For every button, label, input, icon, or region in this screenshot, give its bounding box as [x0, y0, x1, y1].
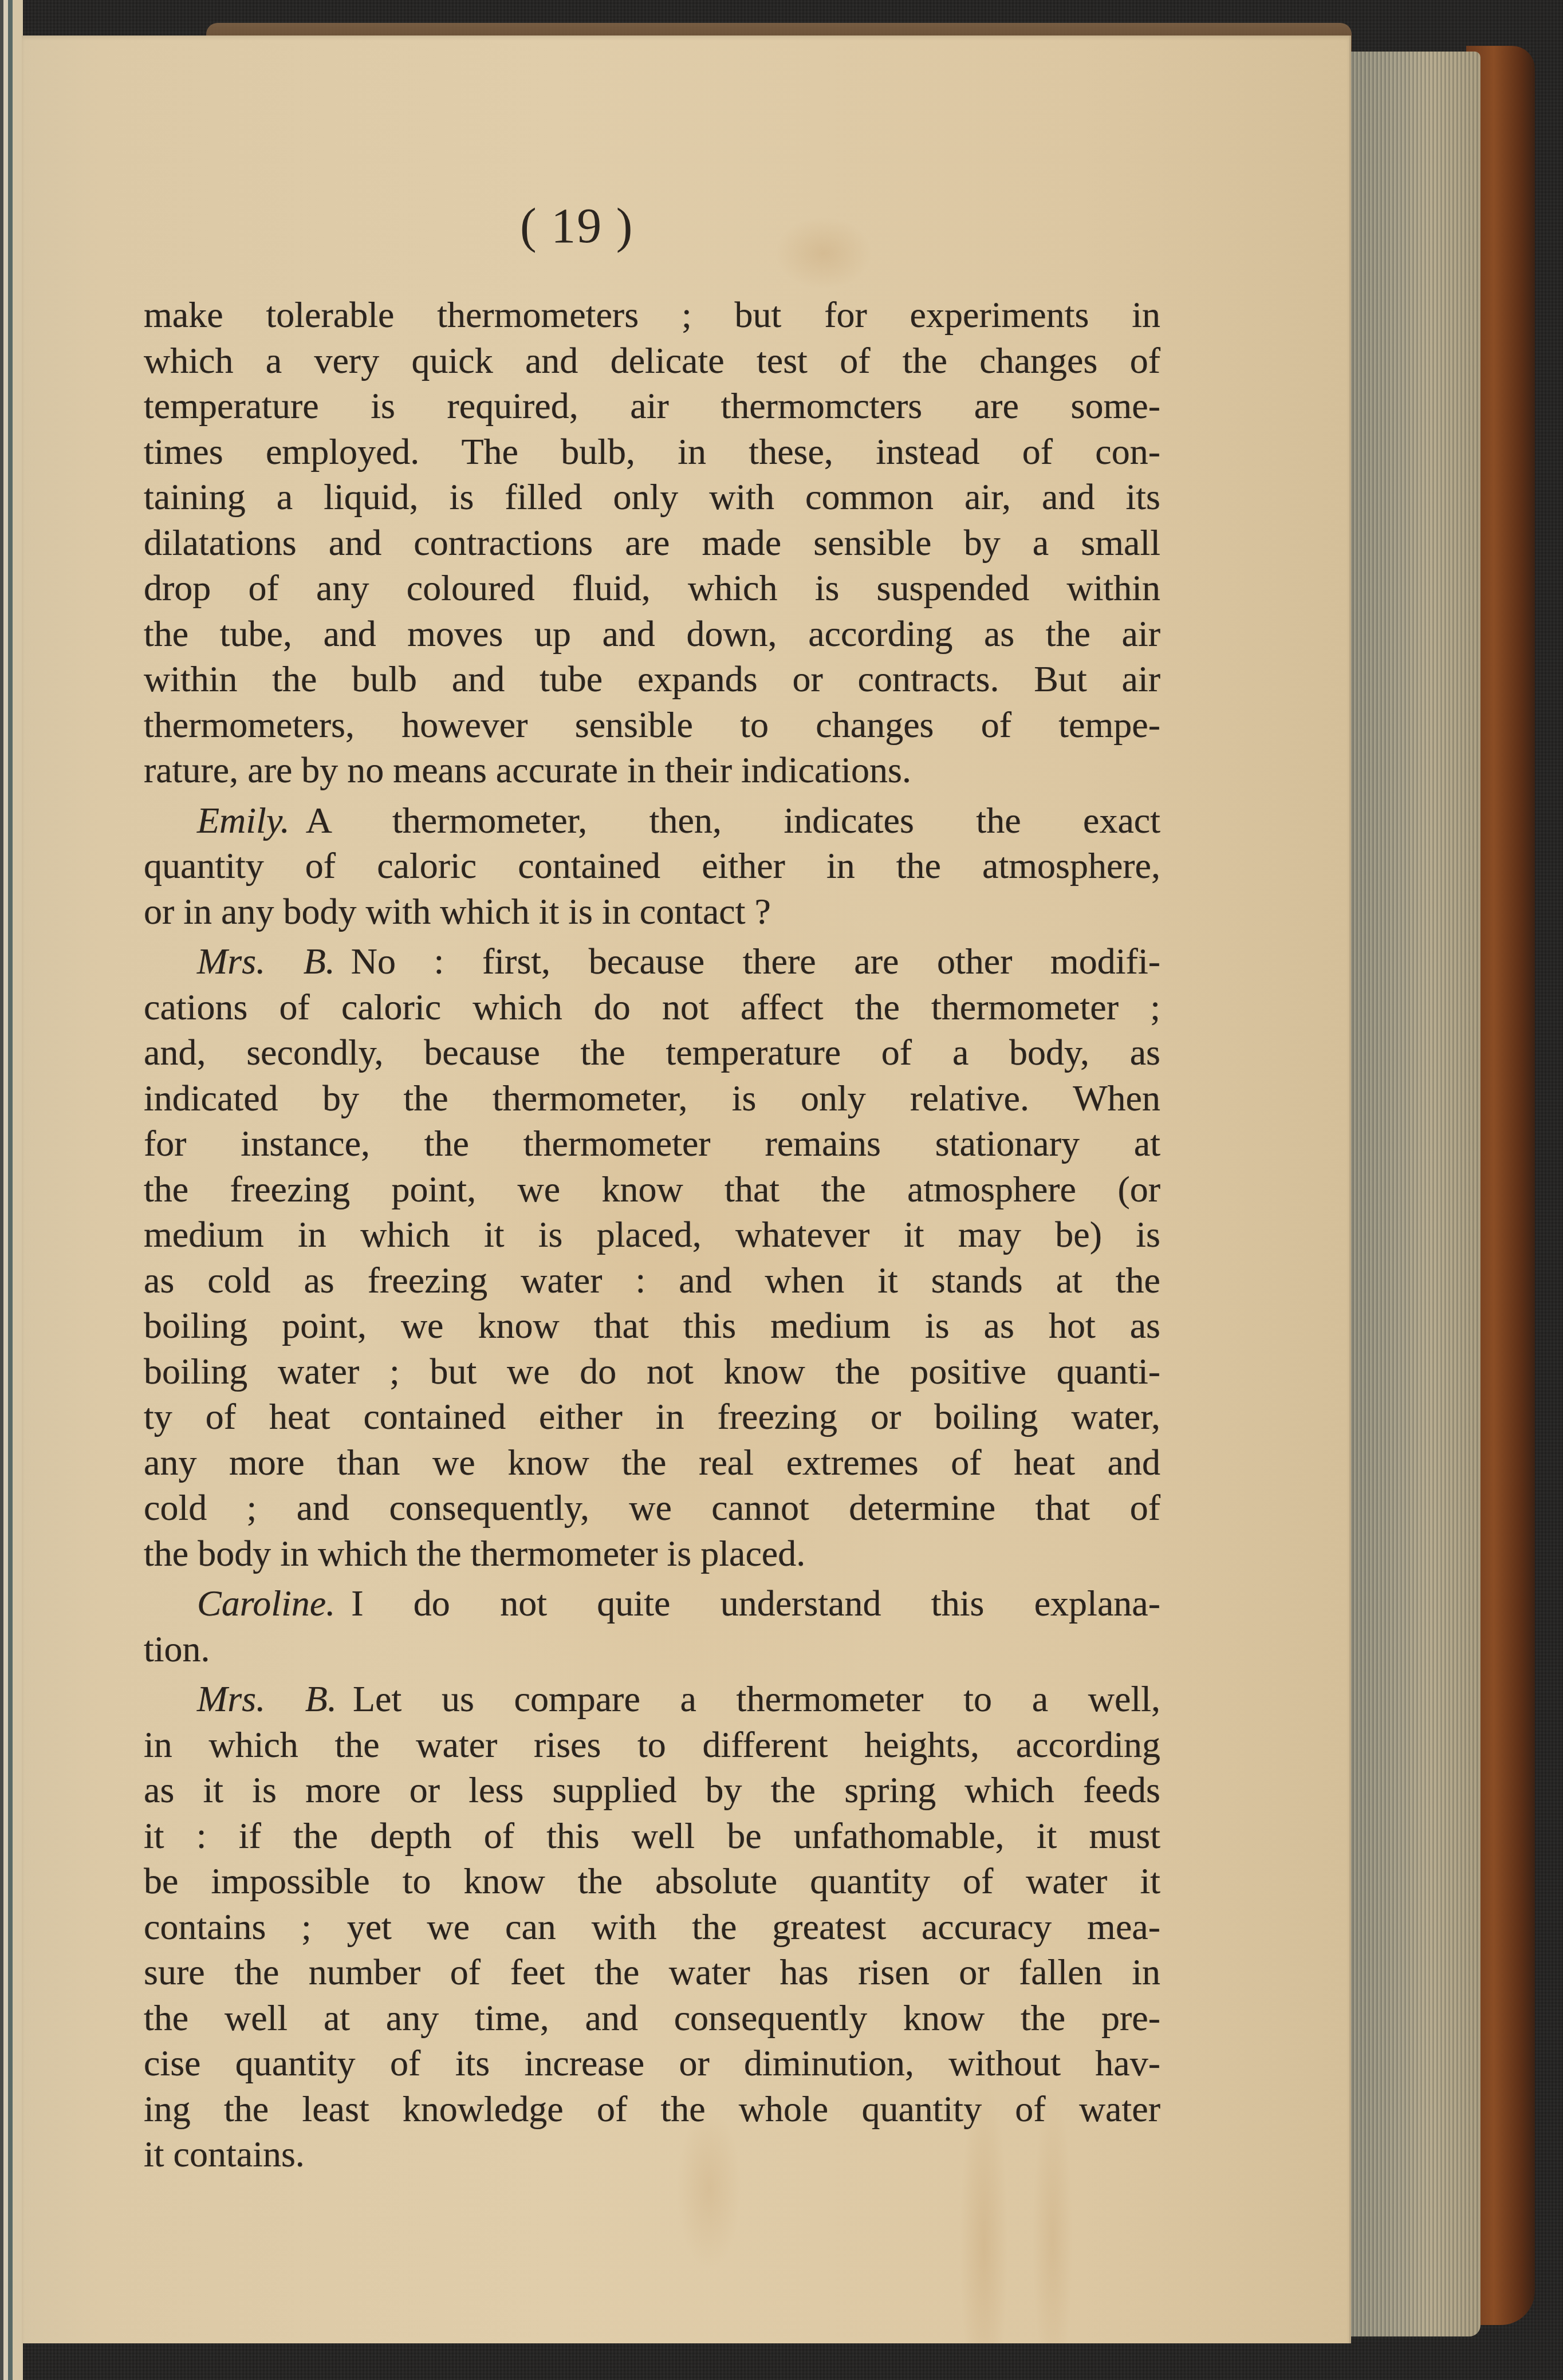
text-line: indicated by the thermometer, is only re… [144, 1075, 1160, 1121]
text-line: medium in which it is placed, whatever i… [144, 1212, 1160, 1258]
text-line: quantity of caloric contained either in … [144, 843, 1160, 889]
text-line: tion. [144, 1626, 1160, 1672]
paragraph-mrs-b: Mrs. B.No : first, because there are oth… [144, 939, 1160, 1576]
text-line: thermometers, however sensible to change… [144, 702, 1160, 748]
text-line: it contains. [144, 2131, 1160, 2177]
line-text: Let us compare a thermometer to a well, [353, 1678, 1160, 1719]
page-gutter [0, 0, 23, 2380]
text-line: cold ; and consequently, we cannot deter… [144, 1485, 1160, 1531]
text-line: sure the number of feet the water has ri… [144, 1949, 1160, 1995]
speaker-name: Mrs. B. [197, 941, 335, 982]
text-line: for instance, the thermometer remains st… [144, 1121, 1160, 1167]
line-text: I do not quite understand this explana- [351, 1583, 1160, 1624]
text-line: Emily.A thermometer, then, indicates the… [144, 798, 1160, 844]
speaker-name: Mrs. B. [197, 1678, 337, 1719]
paragraph-mrs-b-2: Mrs. B.Let us compare a thermometer to a… [144, 1676, 1160, 2177]
line-text: A thermometer, then, indicates the exact [306, 800, 1160, 841]
text-line: make tolerable thermometers ; but for ex… [144, 292, 1160, 338]
text-line: be impossible to know the absolute quant… [144, 1858, 1160, 1904]
paragraph-caroline: Caroline.I do not quite understand this … [144, 1581, 1160, 1672]
page-number: ( 19 ) [520, 197, 864, 254]
text-line: boiling water ; but we do not know the p… [144, 1349, 1160, 1394]
scanned-book-scene: ( 19 ) make tolerable thermometers ; but… [0, 0, 1563, 2380]
text-line: as cold as freezing water : and when it … [144, 1258, 1160, 1303]
page-fore-edge [1349, 52, 1481, 2336]
text-line: contains ; yet we can with the greatest … [144, 1904, 1160, 1950]
text-line: the tube, and moves up and down, accordi… [144, 611, 1160, 657]
book-page: ( 19 ) make tolerable thermometers ; but… [22, 36, 1351, 2343]
text-line: any more than we know the real extremes … [144, 1440, 1160, 1485]
text-line: in which the water rises to different he… [144, 1722, 1160, 1768]
text-line: cations of caloric which do not affect t… [144, 984, 1160, 1030]
text-line: times employed. The bulb, in these, inst… [144, 429, 1160, 475]
paragraph: make tolerable thermometers ; but for ex… [144, 292, 1160, 793]
text-line: the body in which the thermometer is pla… [144, 1531, 1160, 1577]
text-line: ty of heat contained either in freezing … [144, 1394, 1160, 1440]
text-line: taining a liquid, is filled only with co… [144, 474, 1160, 520]
text-line: or in any body with which it is in conta… [144, 889, 1160, 935]
text-line: cise quantity of its increase or diminut… [144, 2040, 1160, 2086]
text-line: temperature is required, air thermomcter… [144, 383, 1160, 429]
text-line: it : if the depth of this well be unfath… [144, 1813, 1160, 1859]
speaker-name: Emily. [197, 800, 290, 841]
speaker-name: Caroline. [197, 1583, 335, 1624]
text-line: Mrs. B.No : first, because there are oth… [144, 939, 1160, 984]
text-line: dilatations and contractions are made se… [144, 520, 1160, 566]
text-line: the freezing point, we know that the atm… [144, 1167, 1160, 1212]
text-line: as it is more or less supplied by the sp… [144, 1767, 1160, 1813]
text-line: within the bulb and tube expands or cont… [144, 656, 1160, 702]
paragraph-emily: Emily.A thermometer, then, indicates the… [144, 798, 1160, 935]
body-text: make tolerable thermometers ; but for ex… [144, 292, 1160, 2177]
text-line: drop of any coloured fluid, which is sus… [144, 565, 1160, 611]
text-line: which a very quick and delicate test of … [144, 338, 1160, 384]
text-line: the well at any time, and consequently k… [144, 1995, 1160, 2041]
line-text: No : first, because there are other modi… [351, 941, 1160, 982]
text-line: rature, are by no means accurate in thei… [144, 747, 1160, 793]
text-line: boiling point, we know that this medium … [144, 1303, 1160, 1349]
text-line: ing the least knowledge of the whole qua… [144, 2086, 1160, 2132]
text-line: Mrs. B.Let us compare a thermometer to a… [144, 1676, 1160, 1722]
text-line: Caroline.I do not quite understand this … [144, 1581, 1160, 1626]
text-line: and, secondly, because the temperature o… [144, 1030, 1160, 1075]
